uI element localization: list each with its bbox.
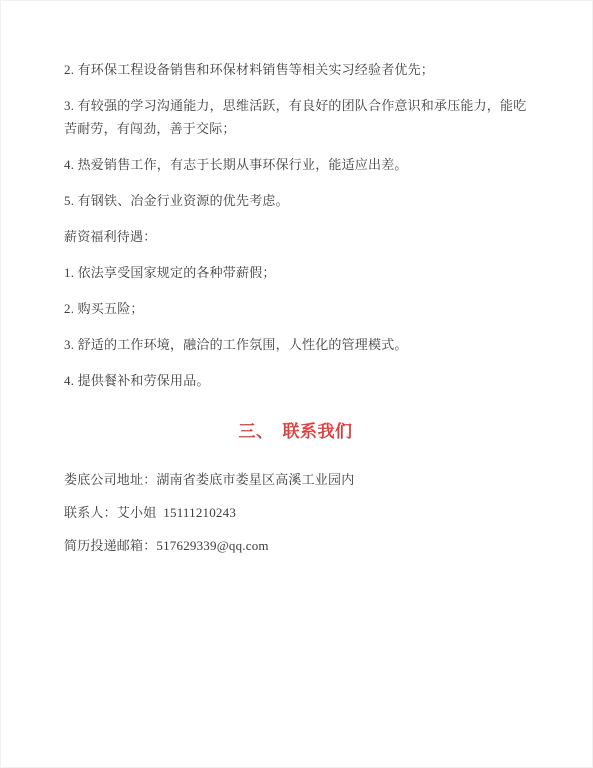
contact-person: 联系人：艾小姐 15111210243 <box>64 501 527 524</box>
requirement-item: 4. 热爱销售工作，有志于长期从事环保行业，能适应出差。 <box>64 153 527 176</box>
document-content: 2. 有环保工程设备销售和环保材料销售等相关实习经验者优先； 3. 有较强的学习… <box>0 0 593 557</box>
section-heading-contact-us: 三、 联系我们 <box>64 419 527 445</box>
benefits-heading: 薪资福利待遇： <box>64 225 527 248</box>
contact-email: 简历投递邮箱：517629339@qq.com <box>64 534 527 557</box>
contact-address: 娄底公司地址：湖南省娄底市娄星区高溪工业园内 <box>64 468 527 491</box>
benefit-item: 1. 依法享受国家规定的各种带薪假； <box>64 261 527 284</box>
document-page: 2. 有环保工程设备销售和环保材料销售等相关实习经验者优先； 3. 有较强的学习… <box>0 0 593 768</box>
benefit-item: 2. 购买五险； <box>64 297 527 320</box>
requirement-item: 2. 有环保工程设备销售和环保材料销售等相关实习经验者优先； <box>64 58 527 81</box>
requirement-item: 3. 有较强的学习沟通能力，思维活跃，有良好的团队合作意识和承压能力，能吃苦耐劳… <box>64 94 527 140</box>
benefit-item: 4. 提供餐补和劳保用品。 <box>64 369 527 392</box>
benefit-item: 3. 舒适的工作环境，融洽的工作氛围，人性化的管理模式。 <box>64 333 527 356</box>
requirement-item: 5. 有钢铁、冶金行业资源的优先考虑。 <box>64 189 527 212</box>
